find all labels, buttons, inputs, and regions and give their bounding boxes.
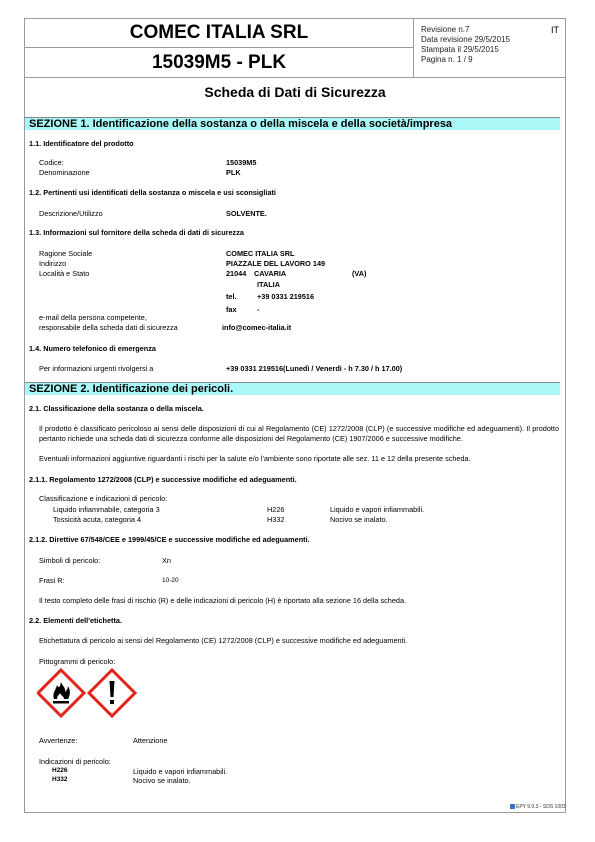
signal-word-value: Attenzione — [133, 736, 167, 745]
company-name: COMEC ITALIA SRL — [25, 19, 413, 48]
country-value: ITALIA — [257, 280, 280, 289]
ghs-pictograms — [37, 668, 137, 718]
classification-row-1-code: H226 — [267, 505, 284, 514]
classification-row-1-desc: Liquido e vapori infiammabili. — [330, 505, 424, 514]
city-label: Località e Stato — [39, 269, 89, 278]
symbols-label: Simboli di pericolo: — [39, 556, 100, 565]
hazard-2-desc: Nocivo se inalato. — [133, 776, 191, 785]
subsection-2-2-title: 2.2. Elementi dell'etichetta. — [29, 616, 122, 625]
subsection-1-3-title: 1.3. Informazioni sul fornitore della sc… — [29, 228, 244, 237]
software-version: EPY 9.0.3 - SDS 1003 — [516, 804, 566, 810]
hazard-1-code: H226 — [52, 767, 68, 774]
subsection-1-1-title: 1.1. Identificatore del prodotto — [29, 139, 134, 148]
document-header: COMEC ITALIA SRL 15039M5 - PLK Revisione… — [24, 18, 566, 78]
page-number: Pagina n. 1 / 9 — [421, 55, 510, 65]
fax-value: - — [257, 305, 259, 314]
email-label-line2: responsabile della scheda dati di sicure… — [39, 323, 178, 332]
r-phrases-label: Frasi R: — [39, 576, 65, 585]
address-label: Indirizzo — [39, 259, 66, 268]
use-value: SOLVENTE. — [226, 209, 267, 218]
hazard-2-code: H332 — [52, 776, 68, 783]
classification-row-2-class: Tossicità acuta, categoria 4 — [53, 515, 141, 524]
classification-paragraph: Il prodotto è classificato pericoloso ai… — [39, 424, 559, 443]
additional-info-paragraph: Eventuali informazioni aggiuntive riguar… — [39, 454, 471, 463]
flame-pictogram — [38, 670, 84, 716]
code-value: 15039M5 — [226, 158, 256, 167]
email-value[interactable]: info@comec-italia.it — [222, 323, 291, 332]
emergency-label: Per informazioni urgenti rivolgersi a — [39, 364, 153, 373]
code-label: Codice: — [39, 158, 64, 167]
classification-row-2-code: H332 — [267, 515, 284, 524]
section-2-heading: SEZIONE 2. Identificazione dei pericoli. — [25, 382, 560, 395]
product-code: 15039M5 - PLK — [25, 48, 413, 77]
header-left: COMEC ITALIA SRL 15039M5 - PLK — [25, 19, 414, 77]
name-value: PLK — [226, 168, 241, 177]
use-label: Descrizione/Utilizzo — [39, 209, 103, 218]
classification-label: Classificazione e indicazioni di pericol… — [39, 494, 167, 503]
revision-number: Revisione n.7 — [421, 25, 510, 35]
address-value: PIAZZALE DEL LAVORO 149 — [226, 259, 325, 268]
revision-date: Data revisione 29/5/2015 — [421, 35, 510, 45]
subsection-1-4-title: 1.4. Numero telefonico di emergenza — [29, 344, 156, 353]
hazard-statements-label: Indicazioni di pericolo: — [39, 757, 111, 766]
subsection-2-1-title: 2.1. Classificazione della sostanza o de… — [29, 404, 204, 413]
emergency-value: +39 0331 219516(Lunedì / Venerdì - h 7.3… — [226, 364, 402, 373]
subsection-2-1-1-title: 2.1.1. Regolamento 1272/2008 (CLP) e suc… — [29, 475, 297, 484]
language-code: IT — [551, 25, 559, 35]
city-value: CAVARIA — [254, 269, 286, 278]
email-label-line1: e-mail della persona competente, — [39, 313, 147, 322]
hazard-1-desc: Liquido e vapori infiammabili. — [133, 767, 227, 776]
r-phrases-value: 10-20 — [162, 577, 179, 584]
pictograms-label: Pittogrammi di pericolo: — [39, 657, 115, 666]
classification-row-1-class: Liquido infiammabile, categoria 3 — [53, 505, 160, 514]
full-text-note: Il testo completo delle frasi di rischio… — [39, 596, 406, 605]
zip-value: 21044 — [226, 269, 246, 278]
section-1-heading: SEZIONE 1. Identificazione della sostanz… — [25, 117, 560, 130]
symbols-value: Xn — [162, 556, 171, 565]
subsection-1-2-title: 1.2. Pertinenti usi identificati della s… — [29, 188, 276, 197]
software-footer: EPY 9.0.3 - SDS 1003 — [510, 804, 566, 810]
software-logo-icon — [510, 804, 515, 809]
document-title: Scheda di Dati di Sicurezza — [24, 84, 566, 100]
company-value: COMEC ITALIA SRL — [226, 249, 295, 258]
labelling-text: Etichettatura di pericolo ai sensi del R… — [39, 636, 407, 645]
signal-word-label: Avvertenze: — [39, 736, 77, 745]
tel-label: tel. — [226, 292, 237, 301]
exclamation-pictogram — [89, 670, 135, 716]
company-label: Ragione Sociale — [39, 249, 92, 258]
fax-label: fax — [226, 305, 237, 314]
name-label: Denominazione — [39, 168, 90, 177]
classification-row-2-desc: Nocivo se inalato. — [330, 515, 388, 524]
tel-value: +39 0331 219516 — [257, 292, 314, 301]
print-date: Stampata il 29/5/2015 — [421, 45, 510, 55]
subsection-2-1-2-title: 2.1.2. Direttive 67/548/CEE e 1999/45/CE… — [29, 535, 310, 544]
revision-info: Revisione n.7 Data revisione 29/5/2015 S… — [421, 25, 510, 65]
province-value: (VA) — [352, 269, 366, 278]
